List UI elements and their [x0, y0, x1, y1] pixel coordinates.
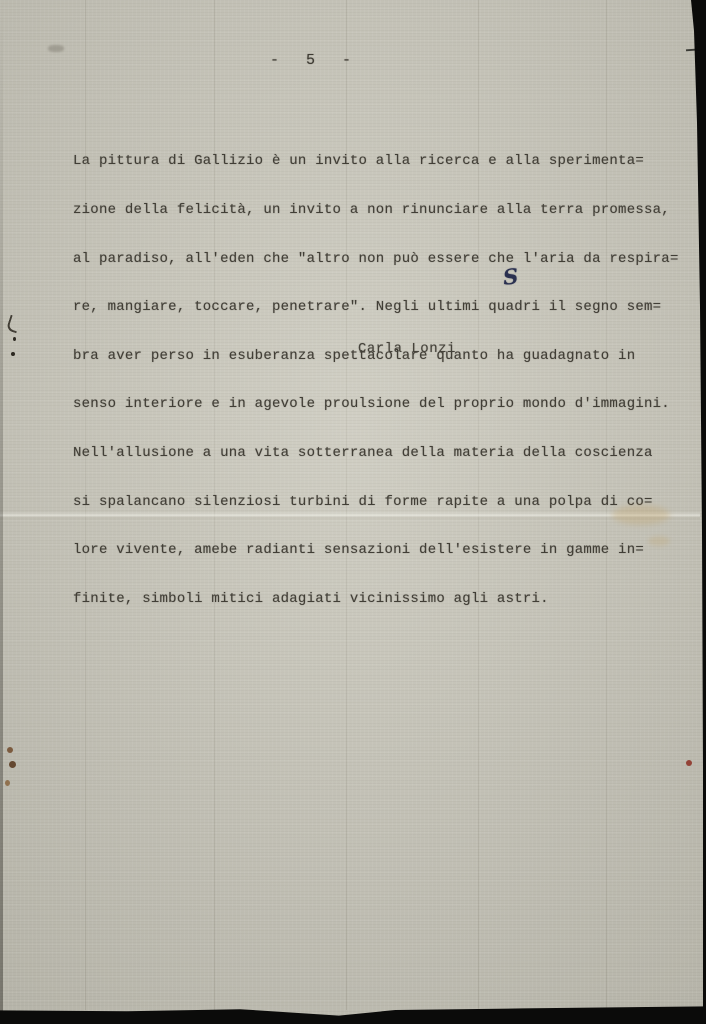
- paragraph-line: senso interiore e in agevole proulsione …: [73, 396, 677, 412]
- page-number: - 5 -: [270, 52, 360, 69]
- yellow-stain: [648, 536, 670, 546]
- paragraph-line: al paradiso, all'eden che "altro non può…: [73, 251, 677, 267]
- brown-stain: [9, 761, 16, 768]
- paragraph-line: Nell'allusione a una vita sotterranea de…: [73, 445, 677, 461]
- signature: Carla Lonzi: [358, 341, 456, 357]
- paragraph-line: finite, simboli mitici adagiati viciniss…: [73, 591, 677, 607]
- yellow-stain: [612, 505, 670, 525]
- typewritten-paragraph: La pittura di Gallizio è un invito alla …: [73, 121, 677, 640]
- edge-pencil-dash: [686, 49, 695, 52]
- pencil-smudge: [48, 45, 64, 52]
- pen-mark: [6, 315, 21, 334]
- handwritten-ink-mark: S: [502, 263, 520, 289]
- pen-mark-dot: [13, 337, 16, 341]
- brown-stain: [5, 780, 10, 786]
- paragraph-line: La pittura di Gallizio è un invito alla …: [73, 153, 677, 169]
- paragraph-line: lore vivente, amebe radianti sensazioni …: [73, 542, 677, 558]
- paragraph-line: re, mangiare, toccare, penetrare". Negli…: [73, 299, 677, 315]
- scanned-document-page: - 5 - La pittura di Gallizio è un invito…: [0, 0, 706, 1024]
- scan-edge-left: [0, 0, 3, 1024]
- scan-edge-bottom: [0, 1004, 706, 1024]
- pen-mark-dot: [11, 352, 15, 356]
- paragraph-line: si spalancano silenziosi turbini di form…: [73, 494, 677, 510]
- paragraph-line: zione della felicità, un invito a non ri…: [73, 202, 677, 218]
- red-stain: [686, 760, 692, 766]
- brown-stain: [7, 747, 13, 753]
